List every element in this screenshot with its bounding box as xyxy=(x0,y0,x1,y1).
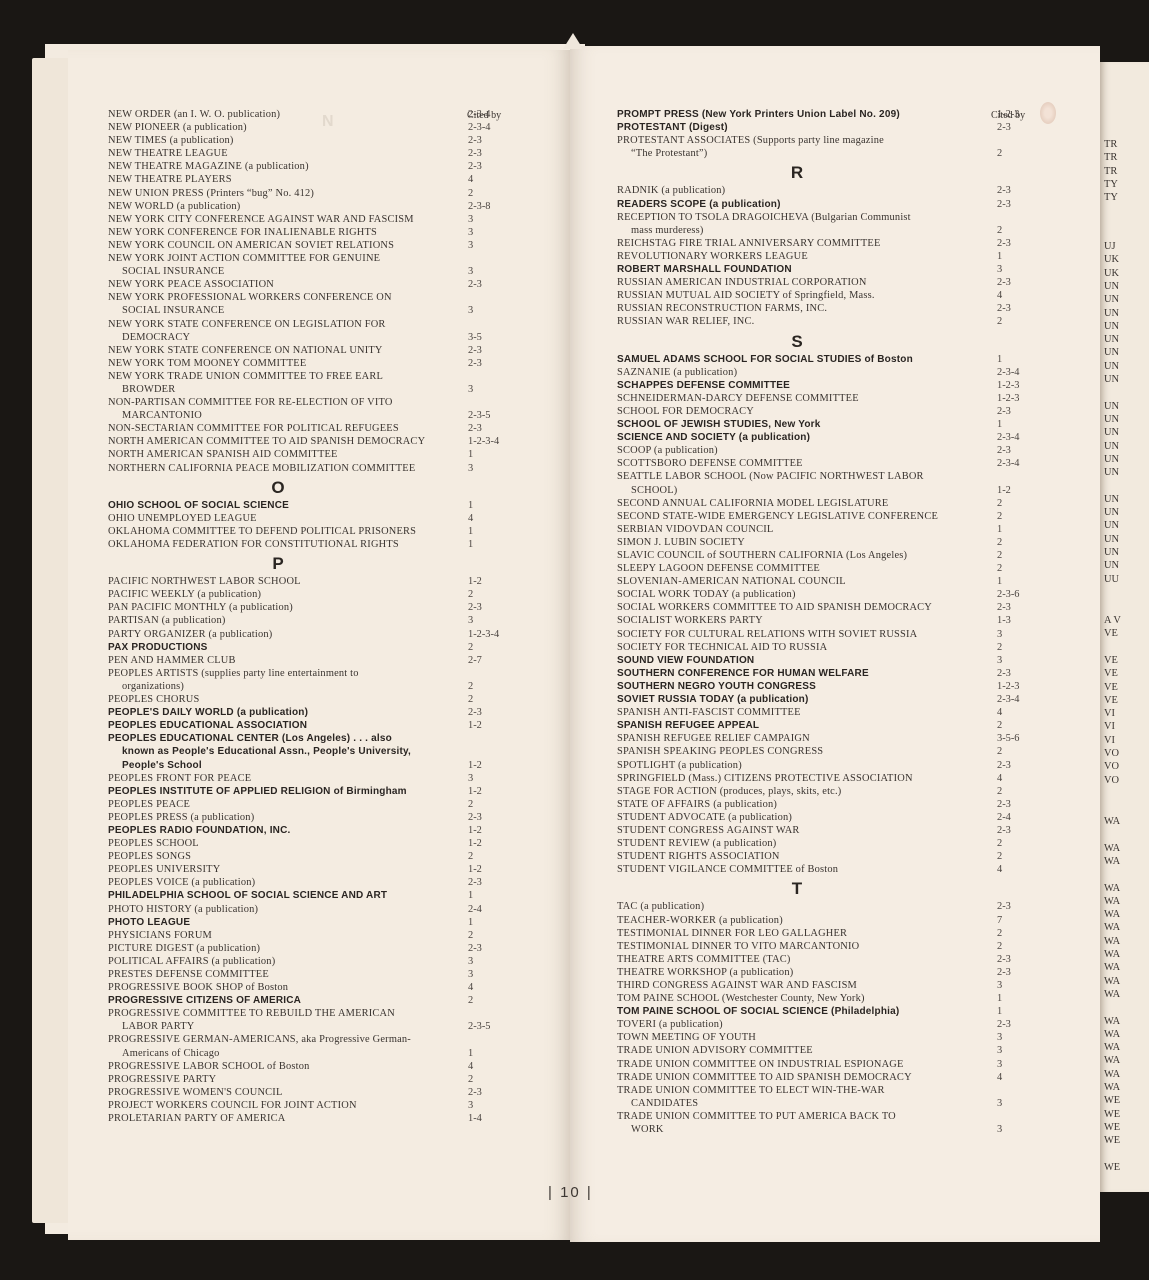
cited-by-value: 2-3 xyxy=(468,601,508,614)
index-entry: NEW WORLD (a publication)2-3-8 xyxy=(108,200,508,213)
index-entry: PROMPT PRESS (New York Printers Union La… xyxy=(617,108,1037,121)
organization-name: TRADE UNION ADVISORY COMMITTEE xyxy=(617,1044,987,1057)
cited-by-value: 1 xyxy=(997,250,1037,263)
organization-name: SCIENCE AND SOCIETY (a publication) xyxy=(617,431,987,444)
cited-by-value: 1 xyxy=(468,1047,508,1060)
index-entry: NEW TIMES (a publication)2-3 xyxy=(108,134,508,147)
cited-by-value: 1-2-3 xyxy=(997,680,1037,693)
index-entry: PROTESTANT ASSOCIATES (Supports party li… xyxy=(617,134,1037,160)
cited-by-value: 1 xyxy=(997,353,1037,366)
cited-by-value: 2 xyxy=(468,850,508,863)
index-entry: RADNIK (a publication)2-3 xyxy=(617,184,1037,197)
cited-by-value: 2-3-4 xyxy=(997,431,1037,444)
organization-name: RUSSIAN RECONSTRUCTION FARMS, INC. xyxy=(617,302,987,315)
index-entry: PROGRESSIVE PARTY2 xyxy=(108,1073,508,1086)
next-page-fragment: WA xyxy=(1104,961,1120,974)
index-entry: SOUTHERN CONFERENCE FOR HUMAN WELFARE2-3 xyxy=(617,667,1037,680)
cited-by-value: 1-2-3 xyxy=(997,379,1037,392)
organization-name: SCHNEIDERMAN-DARCY DEFENSE COMMITTEE xyxy=(617,392,987,405)
index-entry: SCHOOL FOR DEMOCRACY2-3 xyxy=(617,405,1037,418)
organization-name: PARTISAN (a publication) xyxy=(108,614,448,627)
next-page-fragment: WA xyxy=(1104,948,1120,961)
organization-name: RADNIK (a publication) xyxy=(617,184,987,197)
cited-by-value: 3 xyxy=(468,955,508,968)
cited-by-value: 2 xyxy=(997,837,1037,850)
next-page-fragment: WE xyxy=(1104,1108,1120,1121)
index-entry: NEW YORK PROFESSIONAL WORKERS CONFERENCE… xyxy=(108,291,508,317)
next-page-fragment: WA xyxy=(1104,988,1120,1001)
organization-name: SCOTTSBORO DEFENSE COMMITTEE xyxy=(617,457,987,470)
organization-name: NEW YORK JOINT ACTION COMMITTEE FOR GENU… xyxy=(108,252,448,278)
cited-by-value: 2 xyxy=(468,187,508,200)
next-page-fragment: VI xyxy=(1104,720,1115,733)
cited-by-value: 3 xyxy=(997,979,1037,992)
index-entry: NEW THEATRE LEAGUE2-3 xyxy=(108,147,508,160)
index-entry: NEW YORK PEACE ASSOCIATION2-3 xyxy=(108,278,508,291)
index-entry: PACIFIC WEEKLY (a publication)2 xyxy=(108,588,508,601)
index-entry: PEOPLES EDUCATIONAL ASSOCIATION1-2 xyxy=(108,719,508,732)
organization-name: SPANISH SPEAKING PEOPLES CONGRESS xyxy=(617,745,987,758)
organization-name: NEW YORK CONFERENCE FOR INALIENABLE RIGH… xyxy=(108,226,448,239)
cited-by-value: 1 xyxy=(997,1005,1037,1018)
organization-name: PROGRESSIVE LABOR SCHOOL of Boston xyxy=(108,1060,448,1073)
next-page-fragment: UN xyxy=(1104,360,1119,373)
cited-by-value: 3 xyxy=(997,1058,1037,1071)
organization-name: STUDENT VIGILANCE COMMITTEE of Boston xyxy=(617,863,987,876)
index-entry: NON-SECTARIAN COMMITTEE FOR POLITICAL RE… xyxy=(108,422,508,435)
index-entry: PEOPLES SONGS2 xyxy=(108,850,508,863)
cited-by-value: 1 xyxy=(468,889,508,902)
cited-by-value: 3 xyxy=(468,213,508,226)
index-entry: ROBERT MARSHALL FOUNDATION3 xyxy=(617,263,1037,276)
organization-name: STUDENT CONGRESS AGAINST WAR xyxy=(617,824,987,837)
index-entry: SOVIET RUSSIA TODAY (a publication)2-3-4 xyxy=(617,693,1037,706)
index-entry: PROGRESSIVE BOOK SHOP of Boston4 xyxy=(108,981,508,994)
cited-by-value: 2 xyxy=(997,641,1037,654)
index-entry: STAGE FOR ACTION (produces, plays, skits… xyxy=(617,785,1037,798)
index-entry: SCIENCE AND SOCIETY (a publication)2-3-4 xyxy=(617,431,1037,444)
next-page-fragment: TR xyxy=(1104,138,1117,151)
cited-by-value: 1-4 xyxy=(468,1112,508,1125)
organization-name: THEATRE ARTS COMMITTEE (TAC) xyxy=(617,953,987,966)
next-page-fragment: UN xyxy=(1104,559,1119,572)
cited-by-value: 2 xyxy=(468,693,508,706)
cited-by-value: 2-3 xyxy=(468,811,508,824)
next-page-fragment: TY xyxy=(1104,191,1118,204)
cited-by-value: 2-3 xyxy=(997,900,1037,913)
next-page-fragment: WA xyxy=(1104,935,1120,948)
organization-name: STUDENT ADVOCATE (a publication) xyxy=(617,811,987,824)
index-entry: SOUTHERN NEGRO YOUTH CONGRESS1-2-3 xyxy=(617,680,1037,693)
index-entry: NEW YORK CITY CONFERENCE AGAINST WAR AND… xyxy=(108,213,508,226)
cited-by-value: 3 xyxy=(997,1044,1037,1057)
cited-by-value: 1-2-3-4 xyxy=(468,435,508,448)
next-page-fragment: UN xyxy=(1104,440,1119,453)
cited-by-value: 2-4 xyxy=(997,811,1037,824)
next-page-fragment: WA xyxy=(1104,1015,1120,1028)
index-entry: OHIO UNEMPLOYED LEAGUE4 xyxy=(108,512,508,525)
index-entry: NEW PIONEER (a publication)2-3-4 xyxy=(108,121,508,134)
left-index-column: NEW ORDER (an I. W. O. publication)2-3-4… xyxy=(108,108,508,1125)
index-entry: THIRD CONGRESS AGAINST WAR AND FASCISM3 xyxy=(617,979,1037,992)
index-entry: THEATRE WORKSHOP (a publication)2-3 xyxy=(617,966,1037,979)
organization-name: NEW UNION PRESS (Printers “bug” No. 412) xyxy=(108,187,448,200)
cited-by-value: 2 xyxy=(997,497,1037,510)
index-entry: OHIO SCHOOL OF SOCIAL SCIENCE1 xyxy=(108,499,508,512)
index-entry: SLAVIC COUNCIL of SOUTHERN CALIFORNIA (L… xyxy=(617,549,1037,562)
next-page-fragment: UN xyxy=(1104,413,1119,426)
index-entry: NORTH AMERICAN COMMITTEE TO AID SPANISH … xyxy=(108,435,508,448)
next-page-fragment: UN xyxy=(1104,400,1119,413)
organization-name: NEW PIONEER (a publication) xyxy=(108,121,448,134)
cited-by-value: 1-2 xyxy=(468,759,508,772)
index-entry: PHOTO HISTORY (a publication)2-4 xyxy=(108,903,508,916)
cited-by-value: 3 xyxy=(468,614,508,627)
index-entry: SCOTTSBORO DEFENSE COMMITTEE2-3-4 xyxy=(617,457,1037,470)
organization-name: SOCIETY FOR CULTURAL RELATIONS WITH SOVI… xyxy=(617,628,987,641)
cited-by-value: 3 xyxy=(468,1099,508,1112)
organization-name: TRADE UNION COMMITTEE TO AID SPANISH DEM… xyxy=(617,1071,987,1084)
cited-by-value: 1-2 xyxy=(468,575,508,588)
organization-name: NEW YORK STATE CONFERENCE ON NATIONAL UN… xyxy=(108,344,448,357)
organization-name: PROGRESSIVE CITIZENS OF AMERICA xyxy=(108,994,448,1007)
organization-name: SCHOOL OF JEWISH STUDIES, New York xyxy=(617,418,987,431)
organization-name: SOCIAL WORKERS COMMITTEE TO AID SPANISH … xyxy=(617,601,987,614)
index-entry: SPANISH ANTI-FASCIST COMMITTEE4 xyxy=(617,706,1037,719)
index-entry: NEW YORK COUNCIL ON AMERICAN SOVIET RELA… xyxy=(108,239,508,252)
cited-by-value: 2 xyxy=(997,745,1037,758)
section-letter: R xyxy=(617,166,1037,179)
cited-by-value: 2 xyxy=(997,147,1037,160)
cited-by-value: 4 xyxy=(468,173,508,186)
organization-name: PEOPLES SONGS xyxy=(108,850,448,863)
next-page-fragment: WE xyxy=(1104,1094,1120,1107)
organization-name: RUSSIAN MUTUAL AID SOCIETY of Springfiel… xyxy=(617,289,987,302)
cited-by-value: 3 xyxy=(468,226,508,239)
cited-by-value: 1-2 xyxy=(468,824,508,837)
cited-by-value: 3 xyxy=(997,654,1037,667)
next-page-fragment: WA xyxy=(1104,895,1120,908)
index-entry: SPANISH SPEAKING PEOPLES CONGRESS2 xyxy=(617,745,1037,758)
cited-by-value: 1-2-3 xyxy=(997,108,1037,121)
organization-name: NEW WORLD (a publication) xyxy=(108,200,448,213)
index-entry: SOCIAL WORK TODAY (a publication)2-3-6 xyxy=(617,588,1037,601)
index-entry: PEOPLE'S DAILY WORLD (a publication)2-3 xyxy=(108,706,508,719)
index-entry: PAX PRODUCTIONS2 xyxy=(108,641,508,654)
index-entry: SAZNANIE (a publication)2-3-4 xyxy=(617,366,1037,379)
organization-name: NEW THEATRE LEAGUE xyxy=(108,147,448,160)
index-entry: SPANISH REFUGEE APPEAL2 xyxy=(617,719,1037,732)
next-page-fragment: VI xyxy=(1104,734,1115,747)
index-entry: STUDENT VIGILANCE COMMITTEE of Boston4 xyxy=(617,863,1037,876)
cited-by-value: 2 xyxy=(468,588,508,601)
next-page-fragment: A V xyxy=(1104,614,1121,627)
cited-by-value: 2-3 xyxy=(997,198,1037,211)
cited-by-value: 2 xyxy=(997,785,1037,798)
index-entry: PHYSICIANS FORUM2 xyxy=(108,929,508,942)
index-entry: PROGRESSIVE CITIZENS OF AMERICA2 xyxy=(108,994,508,1007)
index-entry: TRADE UNION COMMITTEE TO PUT AMERICA BAC… xyxy=(617,1110,1037,1136)
cited-by-value: 2 xyxy=(997,315,1037,328)
cited-by-value: 2 xyxy=(468,929,508,942)
next-page-fragment: UN xyxy=(1104,333,1119,346)
index-entry: RUSSIAN RECONSTRUCTION FARMS, INC.2-3 xyxy=(617,302,1037,315)
index-entry: RUSSIAN AMERICAN INDUSTRIAL CORPORATION2… xyxy=(617,276,1037,289)
cited-by-value: 2-3 xyxy=(997,759,1037,772)
organization-name: SLOVENIAN-AMERICAN NATIONAL COUNCIL xyxy=(617,575,987,588)
organization-name: STUDENT RIGHTS ASSOCIATION xyxy=(617,850,987,863)
index-entry: PROLETARIAN PARTY OF AMERICA1-4 xyxy=(108,1112,508,1125)
next-page-fragment: VO xyxy=(1104,774,1119,787)
organization-name: NEW ORDER (an I. W. O. publication) xyxy=(108,108,448,121)
organization-name: NEW YORK TRADE UNION COMMITTEE TO FREE E… xyxy=(108,370,448,396)
organization-name: PHOTO HISTORY (a publication) xyxy=(108,903,448,916)
index-entry: PROGRESSIVE WOMEN'S COUNCIL2-3 xyxy=(108,1086,508,1099)
index-entry: REICHSTAG FIRE TRIAL ANNIVERSARY COMMITT… xyxy=(617,237,1037,250)
next-page-fragment: WA xyxy=(1104,855,1120,868)
organization-name: SPOTLIGHT (a publication) xyxy=(617,759,987,772)
cited-by-value: 7 xyxy=(997,914,1037,927)
cited-by-value: 2-3 xyxy=(997,184,1037,197)
index-entry: SIMON J. LUBIN SOCIETY2 xyxy=(617,536,1037,549)
organization-name: TAC (a publication) xyxy=(617,900,987,913)
next-page-fragment: TR xyxy=(1104,165,1117,178)
organization-name: PARTY ORGANIZER (a publication) xyxy=(108,628,448,641)
cited-by-value: 1 xyxy=(997,418,1037,431)
next-page-fragment: UN xyxy=(1104,426,1119,439)
next-page-fragment: WA xyxy=(1104,1028,1120,1041)
organization-name: PROTESTANT (Digest) xyxy=(617,121,987,134)
cited-by-value: 1 xyxy=(468,448,508,461)
index-entry: THEATRE ARTS COMMITTEE (TAC)2-3 xyxy=(617,953,1037,966)
index-entry: STUDENT REVIEW (a publication)2 xyxy=(617,837,1037,850)
organization-name: PACIFIC NORTHWEST LABOR SCHOOL xyxy=(108,575,448,588)
index-entry: PHOTO LEAGUE1 xyxy=(108,916,508,929)
next-page-fragment: TR xyxy=(1104,151,1117,164)
next-page-fragment: WE xyxy=(1104,1134,1120,1147)
cited-by-value: 2-3 xyxy=(997,824,1037,837)
organization-name: PROTESTANT ASSOCIATES (Supports party li… xyxy=(617,134,987,160)
index-entry: SLEEPY LAGOON DEFENSE COMMITTEE2 xyxy=(617,562,1037,575)
index-entry: TESTIMONIAL DINNER FOR LEO GALLAGHER2 xyxy=(617,927,1037,940)
organization-name: RUSSIAN WAR RELIEF, INC. xyxy=(617,315,987,328)
cited-by-value: 2-4 xyxy=(468,903,508,916)
organization-name: PACIFIC WEEKLY (a publication) xyxy=(108,588,448,601)
index-entry: PEOPLES SCHOOL1-2 xyxy=(108,837,508,850)
cited-by-value: 1 xyxy=(468,538,508,551)
index-entry: PROGRESSIVE COMMITTEE TO REBUILD THE AME… xyxy=(108,1007,508,1033)
organization-name: TOM PAINE SCHOOL (Westchester County, Ne… xyxy=(617,992,987,1005)
index-entry: PEOPLES PRESS (a publication)2-3 xyxy=(108,811,508,824)
index-entry: TRADE UNION ADVISORY COMMITTEE3 xyxy=(617,1044,1037,1057)
index-entry: TOVERI (a publication)2-3 xyxy=(617,1018,1037,1031)
organization-name: REICHSTAG FIRE TRIAL ANNIVERSARY COMMITT… xyxy=(617,237,987,250)
cited-by-value: 2 xyxy=(997,940,1037,953)
next-page-fragment: UK xyxy=(1104,267,1119,280)
organization-name: SIMON J. LUBIN SOCIETY xyxy=(617,536,987,549)
organization-name: NORTHERN CALIFORNIA PEACE MOBILIZATION C… xyxy=(108,462,448,475)
cited-by-value: 2-3 xyxy=(468,278,508,291)
cited-by-value: 3 xyxy=(997,1123,1037,1136)
organization-name: PROGRESSIVE COMMITTEE TO REBUILD THE AME… xyxy=(108,1007,448,1033)
organization-name: SOVIET RUSSIA TODAY (a publication) xyxy=(617,693,987,706)
organization-name: PEOPLES PRESS (a publication) xyxy=(108,811,448,824)
organization-name: NORTH AMERICAN COMMITTEE TO AID SPANISH … xyxy=(108,435,448,448)
organization-name: SOUND VIEW FOUNDATION xyxy=(617,654,987,667)
index-entry: NON-PARTISAN COMMITTEE FOR RE-ELECTION O… xyxy=(108,396,508,422)
organization-name: PEOPLES ARTISTS (supplies party line ent… xyxy=(108,667,448,693)
organization-name: STUDENT REVIEW (a publication) xyxy=(617,837,987,850)
cited-by-value: 2-3-8 xyxy=(468,200,508,213)
organization-name: PEOPLES EDUCATIONAL ASSOCIATION xyxy=(108,719,448,732)
organization-name: SOUTHERN NEGRO YOUTH CONGRESS xyxy=(617,680,987,693)
cited-by-value: 2-3 xyxy=(468,134,508,147)
index-entry: NORTHERN CALIFORNIA PEACE MOBILIZATION C… xyxy=(108,462,508,475)
organization-name: PEOPLES INSTITUTE OF APPLIED RELIGION of… xyxy=(108,785,448,798)
cited-by-value: 1-2 xyxy=(468,785,508,798)
organization-name: PROGRESSIVE BOOK SHOP of Boston xyxy=(108,981,448,994)
cited-by-value: 3 xyxy=(997,1097,1037,1110)
cited-by-value: 2-3 xyxy=(997,405,1037,418)
index-entry: SCHAPPES DEFENSE COMMITTEE1-2-3 xyxy=(617,379,1037,392)
organization-name: NON-PARTISAN COMMITTEE FOR RE-ELECTION O… xyxy=(108,396,448,422)
next-page-fragment: UJ xyxy=(1104,240,1116,253)
section-letter: T xyxy=(617,882,1037,895)
cited-by-value: 2 xyxy=(997,510,1037,523)
next-page-fragment: WE xyxy=(1104,1161,1120,1174)
cited-by-value: 2-3 xyxy=(997,302,1037,315)
next-page-fragment: UN xyxy=(1104,280,1119,293)
cited-by-value: 2-3 xyxy=(468,344,508,357)
next-page-fragment: WA xyxy=(1104,921,1120,934)
cited-by-value: 2 xyxy=(997,719,1037,732)
index-entry: SPOTLIGHT (a publication)2-3 xyxy=(617,759,1037,772)
index-entry: PAN PACIFIC MONTHLY (a publication)2-3 xyxy=(108,601,508,614)
index-entry: SOCIAL WORKERS COMMITTEE TO AID SPANISH … xyxy=(617,601,1037,614)
cited-by-value: 2-3 xyxy=(997,798,1037,811)
organization-name: PROMPT PRESS (New York Printers Union La… xyxy=(617,108,987,121)
organization-name: REVOLUTIONARY WORKERS LEAGUE xyxy=(617,250,987,263)
organization-name: TESTIMONIAL DINNER TO VITO MARCANTONIO xyxy=(617,940,987,953)
organization-name: OKLAHOMA COMMITTEE TO DEFEND POLITICAL P… xyxy=(108,525,448,538)
index-entry: SECOND STATE-WIDE EMERGENCY LEGISLATIVE … xyxy=(617,510,1037,523)
next-page-fragment: UN xyxy=(1104,453,1119,466)
cited-by-value: 1-2-3 xyxy=(997,392,1037,405)
index-entry: TRADE UNION COMMITTEE ON INDUSTRIAL ESPI… xyxy=(617,1058,1037,1071)
cited-by-value: 2-3 xyxy=(468,1086,508,1099)
next-page-fragment: UN xyxy=(1104,307,1119,320)
organization-name: TOWN MEETING OF YOUTH xyxy=(617,1031,987,1044)
next-page-fragment: UN xyxy=(1104,493,1119,506)
next-page-fragment: UN xyxy=(1104,519,1119,532)
cited-by-value: 1-2 xyxy=(468,863,508,876)
cited-by-value: 3 xyxy=(468,462,508,475)
index-entry: RECEPTION TO TSOLA DRAGOICHEVA (Bulgaria… xyxy=(617,211,1037,237)
next-page-fragment: VE xyxy=(1104,681,1118,694)
index-entry: PHILADELPHIA SCHOOL OF SOCIAL SCIENCE AN… xyxy=(108,889,508,902)
index-entry: REVOLUTIONARY WORKERS LEAGUE1 xyxy=(617,250,1037,263)
cited-by-value: 2-3 xyxy=(997,667,1037,680)
organization-name: STATE OF AFFAIRS (a publication) xyxy=(617,798,987,811)
cited-by-value: 3-5-6 xyxy=(997,732,1037,745)
next-page-fragment: UK xyxy=(1104,253,1119,266)
organization-name: PROGRESSIVE PARTY xyxy=(108,1073,448,1086)
organization-name: THEATRE WORKSHOP (a publication) xyxy=(617,966,987,979)
cited-by-value: 2 xyxy=(468,994,508,1007)
next-page-fragment: VE xyxy=(1104,694,1118,707)
cited-by-value: 2-3-6 xyxy=(997,588,1037,601)
index-entry: SEATTLE LABOR SCHOOL (Now PACIFIC NORTHW… xyxy=(617,470,1037,496)
cited-by-value: 1 xyxy=(468,916,508,929)
next-page-fragment: WA xyxy=(1104,882,1120,895)
cited-by-value: 2 xyxy=(997,536,1037,549)
organization-name: PEOPLES PEACE xyxy=(108,798,448,811)
organization-name: TESTIMONIAL DINNER FOR LEO GALLAGHER xyxy=(617,927,987,940)
next-page-fragment: WA xyxy=(1104,1054,1120,1067)
organization-name: RUSSIAN AMERICAN INDUSTRIAL CORPORATION xyxy=(617,276,987,289)
organization-name: TOVERI (a publication) xyxy=(617,1018,987,1031)
index-entry: PEOPLES EDUCATIONAL CENTER (Los Angeles)… xyxy=(108,732,508,771)
cited-by-value: 1-2 xyxy=(468,837,508,850)
organization-name: SOCIETY FOR TECHNICAL AID TO RUSSIA xyxy=(617,641,987,654)
index-entry: NEW YORK STATE CONFERENCE ON LEGISLATION… xyxy=(108,318,508,344)
cited-by-value: 2-3-4 xyxy=(997,366,1037,379)
index-entry: PEOPLES FRONT FOR PEACE3 xyxy=(108,772,508,785)
next-page-fragment: UN xyxy=(1104,546,1119,559)
organization-name: OHIO UNEMPLOYED LEAGUE xyxy=(108,512,448,525)
index-entry: TAC (a publication)2-3 xyxy=(617,900,1037,913)
organization-name: THIRD CONGRESS AGAINST WAR AND FASCISM xyxy=(617,979,987,992)
next-page-fragment: UN xyxy=(1104,293,1119,306)
index-entry: SOUND VIEW FOUNDATION3 xyxy=(617,654,1037,667)
organization-name: PHYSICIANS FORUM xyxy=(108,929,448,942)
cited-by-value: 2-3-5 xyxy=(468,409,508,422)
index-entry: SOCIALIST WORKERS PARTY1-3 xyxy=(617,614,1037,627)
cited-by-value: 3 xyxy=(468,968,508,981)
cited-by-value: 2-3 xyxy=(997,601,1037,614)
cited-by-value: 2 xyxy=(997,927,1037,940)
cited-by-value: 1 xyxy=(468,499,508,512)
index-entry: TRADE UNION COMMITTEE TO ELECT WIN-THE-W… xyxy=(617,1084,1037,1110)
organization-name: SPANISH ANTI-FASCIST COMMITTEE xyxy=(617,706,987,719)
organization-name: NEW YORK PEACE ASSOCIATION xyxy=(108,278,448,291)
organization-name: PHILADELPHIA SCHOOL OF SOCIAL SCIENCE AN… xyxy=(108,889,448,902)
organization-name: SCHAPPES DEFENSE COMMITTEE xyxy=(617,379,987,392)
index-entry: PRESTES DEFENSE COMMITTEE3 xyxy=(108,968,508,981)
index-entry: PEOPLES UNIVERSITY1-2 xyxy=(108,863,508,876)
cited-by-value: 2 xyxy=(997,562,1037,575)
cited-by-value: 2-3-4 xyxy=(997,457,1037,470)
organization-name: PEOPLE'S DAILY WORLD (a publication) xyxy=(108,706,448,719)
index-entry: PROTESTANT (Digest)2-3 xyxy=(617,121,1037,134)
cited-by-value: 2 xyxy=(468,680,508,693)
index-entry: NEW ORDER (an I. W. O. publication)2-3-4 xyxy=(108,108,508,121)
cited-by-value: 2 xyxy=(997,850,1037,863)
cited-by-value: 2-3 xyxy=(468,422,508,435)
organization-name: SLAVIC COUNCIL of SOUTHERN CALIFORNIA (L… xyxy=(617,549,987,562)
index-entry: SLOVENIAN-AMERICAN NATIONAL COUNCIL1 xyxy=(617,575,1037,588)
organization-name: PROLETARIAN PARTY OF AMERICA xyxy=(108,1112,448,1125)
paper-stain xyxy=(1040,102,1056,124)
index-entry: NEW YORK TRADE UNION COMMITTEE TO FREE E… xyxy=(108,370,508,396)
index-entry: SPRINGFIELD (Mass.) CITIZENS PROTECTIVE … xyxy=(617,772,1037,785)
next-page-fragment: WA xyxy=(1104,1068,1120,1081)
cited-by-value: 2-3 xyxy=(997,953,1037,966)
cited-by-value: 1-2 xyxy=(468,719,508,732)
organization-name: NEW THEATRE MAGAZINE (a publication) xyxy=(108,160,448,173)
organization-name: PRESTES DEFENSE COMMITTEE xyxy=(108,968,448,981)
organization-name: SOUTHERN CONFERENCE FOR HUMAN WELFARE xyxy=(617,667,987,680)
